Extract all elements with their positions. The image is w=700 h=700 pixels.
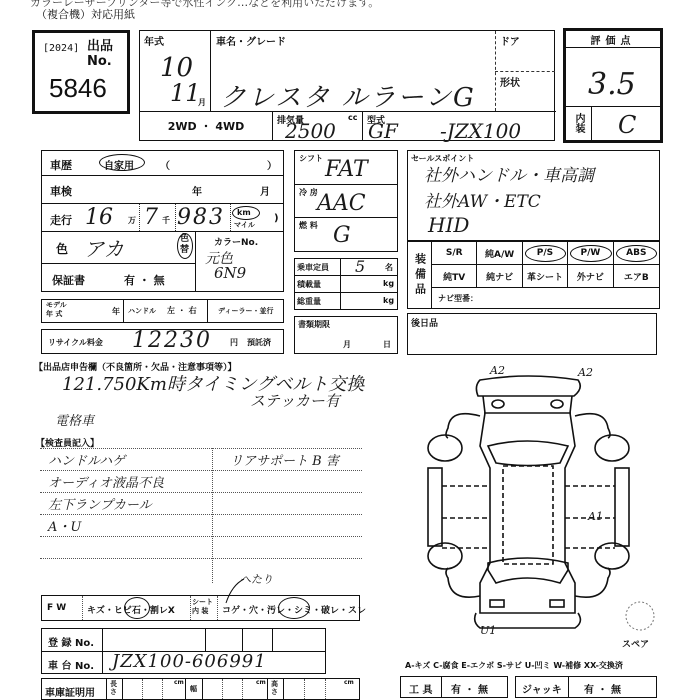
- shift-block: シフト FAT 冷 房 AAC 燃 料 G: [294, 150, 398, 252]
- fw-circle: [124, 597, 150, 619]
- drive-type: 2WD ・ 4WD: [140, 111, 273, 141]
- seller-notes-line2: ステッカー有: [250, 390, 340, 411]
- mileage-man: 16: [85, 205, 113, 230]
- shift-label: シフト: [299, 153, 323, 164]
- garage-length-unit: cm: [174, 679, 184, 686]
- mileage-unit-km: km: [237, 208, 251, 217]
- vehicle-info-block: 年式 10 11 月 車名・グレード クレスタ ルラーンG ドア 形状 2WD …: [139, 30, 555, 141]
- sales-point-line-3: HID: [428, 213, 469, 237]
- model-year-row: モデル年 式 年 ハンドル 左 ・ 右 ディーラー・並行: [41, 299, 284, 323]
- doc-deadline-day: 日: [383, 339, 391, 350]
- equipment-item: ABS: [614, 242, 659, 265]
- color-change-label: 色替: [180, 234, 190, 256]
- aircon-value: AAC: [317, 191, 366, 216]
- interior-label: 内装: [566, 106, 592, 140]
- mileage-sen-unit: 千: [162, 215, 170, 226]
- garage-width-label: 幅: [190, 684, 197, 694]
- displacement-unit: cc: [348, 113, 357, 122]
- sales-point-block: セールスポイント 社外ハンドル・車高調 社外AW・ETC HID: [407, 150, 660, 241]
- capacity-label: 乗車定員: [297, 262, 329, 273]
- equipment-item: P/W: [568, 242, 613, 265]
- body-shape-label: 形状: [500, 74, 520, 89]
- tools-label: 工 具: [409, 681, 432, 696]
- model-code-value: -JZX100: [440, 119, 521, 143]
- note-rule: [40, 448, 362, 449]
- mark-rear-left: A2: [489, 364, 505, 377]
- capacity-unit: 名: [385, 262, 393, 273]
- spare-label: スペア: [622, 637, 649, 650]
- jack-options: 有 ・ 無: [584, 681, 621, 696]
- registration-label: 登 録 No.: [48, 634, 94, 649]
- lot-number: 5846: [49, 73, 107, 104]
- inspector-note-left: A・U: [48, 516, 81, 535]
- equipment-item: 純A/W: [477, 242, 522, 265]
- mileage-label: 走行: [50, 212, 72, 228]
- mark-front: U1: [480, 624, 496, 637]
- fuel-label: 燃 料: [299, 220, 318, 231]
- lot-year-tag: [2024]: [43, 43, 79, 54]
- after-items-block: 後日品: [407, 313, 657, 355]
- inspector-note-right: リアサポート B 害: [230, 450, 339, 469]
- year-model-cell: 年式 10 11 月: [140, 31, 211, 111]
- car-diagram: A2 A2 A1 U1: [410, 358, 670, 638]
- chassis-value: JZX100-606991: [112, 651, 267, 672]
- inspector-note-left: 左下ランプカール: [48, 494, 152, 513]
- recycle-row: リサイクル料金 12230 円 預託済: [41, 329, 284, 354]
- score-label: 評価点: [566, 31, 660, 48]
- note-rule: [40, 558, 362, 559]
- model-code-prefix: GF: [368, 119, 398, 143]
- sales-point-line-1: 社外ハンドル・車高調: [424, 161, 594, 186]
- garage-width-unit: cm: [256, 679, 266, 686]
- lot-box: [2024] 出品 No. 5846: [32, 30, 130, 114]
- garage-cert-row: 車庫証明用 長さ cm 幅 cm 高さ cm: [41, 678, 360, 700]
- seller-notes-extra: 電格車: [55, 410, 94, 429]
- navi-model-label: ナビ型番：: [438, 293, 478, 304]
- car-name-label: 車名・グレード: [216, 33, 286, 48]
- color-no-line2: 6N9: [214, 264, 246, 282]
- door-label: ドア: [500, 33, 520, 48]
- equipment-item: S/R: [432, 242, 477, 265]
- equipment-grid: S/R純A/WP/SP/WABS純TV純ナビ革シート外ナビエアB: [432, 242, 659, 288]
- equipment-item: 純ナビ: [477, 265, 522, 288]
- jack-label: ジャッキ: [522, 681, 562, 696]
- registration-block: 登 録 No. 車 台 No. JZX100-606991: [41, 628, 326, 674]
- fw-label: F W: [47, 603, 66, 613]
- seat-circle: [278, 597, 310, 619]
- mark-rear-right: A2: [577, 366, 593, 379]
- year-model-label: 年式: [144, 33, 164, 48]
- equipment-label: 装備品: [408, 242, 432, 308]
- jack-row: ジャッキ 有 ・ 無: [515, 676, 657, 698]
- history-paren-close: ）: [267, 157, 277, 172]
- fuel-value: G: [333, 223, 351, 248]
- doc-deadline-label: 書類期限: [298, 319, 330, 330]
- month-unit: 月: [198, 97, 206, 108]
- load-unit: kg: [383, 279, 394, 288]
- garage-height-unit: cm: [344, 679, 354, 686]
- capacity-value: 5: [355, 257, 365, 276]
- mileage-rest: 983: [177, 205, 225, 230]
- note-rule: [40, 536, 362, 537]
- equipment-item: 外ナビ: [568, 265, 613, 288]
- inspection-label: 車検: [50, 183, 72, 199]
- history-block: 車歴 自家用 （ ） 車検 年 月 走行 16 万 7 千 983 km マイル…: [41, 150, 284, 292]
- recycle-label: リサイクル料金: [48, 337, 103, 348]
- equipment-item: 純TV: [432, 265, 477, 288]
- after-items-label: 後日品: [411, 316, 438, 329]
- inspector-note-left: ハンドルハゲ: [48, 450, 125, 469]
- recycle-unit: 円: [230, 337, 238, 348]
- handle-options: 左 ・ 右: [167, 305, 197, 316]
- displacement-value: 2500: [285, 119, 336, 143]
- mileage-close-paren: ): [274, 213, 279, 224]
- model-year-label: モデル年 式: [46, 301, 67, 319]
- damage-legend: A-キズ C-腐食 E-エクボ S-サビ U-凹ミ W-補修 XX-交換済: [405, 660, 623, 671]
- tools-row: 工 具 有 ・ 無: [400, 676, 508, 698]
- color-value: アカ: [84, 233, 124, 262]
- equipment-block: 装備品 S/R純A/WP/SP/WABS純TV純ナビ革シート外ナビエアB ナビ型…: [407, 241, 660, 309]
- recycle-status: 預託済: [247, 337, 271, 348]
- note-rule: [40, 514, 362, 515]
- score-box: 評価点 3.5 内装 C: [563, 28, 663, 143]
- garage-height-label: 高さ: [271, 680, 279, 696]
- month-value: 11: [170, 79, 201, 107]
- garage-length-label: 長さ: [110, 680, 118, 696]
- mileage-man-unit: 万: [128, 215, 136, 226]
- garage-cert-label: 車庫証明用: [45, 684, 95, 699]
- shape-divider: [495, 71, 555, 72]
- note-rule: [40, 470, 362, 471]
- mileage-sen: 7: [144, 205, 158, 230]
- note-rule: [40, 492, 362, 493]
- load-label: 積載量: [297, 279, 321, 290]
- inspector-note-left: オーディオ液晶不良: [48, 472, 164, 491]
- tools-options: 有 ・ 無: [451, 681, 488, 696]
- mark-side-right: A1: [587, 510, 603, 523]
- model-year-unit: 年: [112, 306, 120, 317]
- interior-value: C: [618, 111, 636, 139]
- warranty-label: 保証書: [52, 272, 85, 288]
- equipment-item: エアB: [614, 265, 659, 288]
- color-no-label: カラーNo.: [214, 235, 258, 248]
- inspection-month-unit: 月: [260, 183, 270, 198]
- doc-deadline-block: 書類期限 月 日: [294, 316, 398, 354]
- header-subtitle: （複合機）対応用紙: [36, 6, 135, 22]
- history-label: 車歴: [50, 157, 72, 173]
- inspector-notes-area: ハンドルハゲオーディオ液晶不良左下ランプカールA・Uリアサポート B 害: [40, 448, 362, 568]
- model-divider: [362, 111, 363, 141]
- doc-deadline-month: 月: [343, 339, 351, 350]
- car-name-value: クレスタ ルラーンG: [220, 77, 476, 114]
- inspection-year-unit: 年: [192, 183, 202, 198]
- equipment-item: 革シート: [523, 265, 568, 288]
- fw-seat-row: F W キズ・ヒビ石・割レX シート内 装 コゲ・穴・汚レ・シミ・破レ・スレ: [41, 595, 360, 621]
- history-value: 自家用: [104, 157, 134, 172]
- equipment-item: P/S: [523, 242, 568, 265]
- handle-label: ハンドル: [128, 306, 156, 316]
- score-value: 3.5: [588, 67, 636, 102]
- gross-weight-unit: kg: [383, 296, 394, 305]
- color-label: 色: [56, 240, 68, 257]
- gross-weight-label: 総重量: [297, 296, 321, 307]
- sales-point-line-2: 社外AW・ETC: [424, 187, 541, 212]
- chassis-label: 車 台 No.: [48, 657, 94, 672]
- capacity-block: 乗車定員 5 名 積載量 kg 総重量 kg: [294, 258, 398, 310]
- shift-value: FAT: [325, 157, 368, 182]
- dealer-options: ディーラー・並行: [218, 306, 273, 316]
- history-paren-open: （: [160, 157, 170, 172]
- seat-label: シート内 装: [192, 598, 213, 616]
- aircon-label: 冷 房: [299, 187, 318, 198]
- warranty-options: 有 ・ 無: [124, 272, 165, 288]
- mileage-unit-mile: マイル: [234, 220, 255, 230]
- lot-label: 出品 No.: [87, 35, 127, 69]
- recycle-value: 12230: [132, 328, 212, 353]
